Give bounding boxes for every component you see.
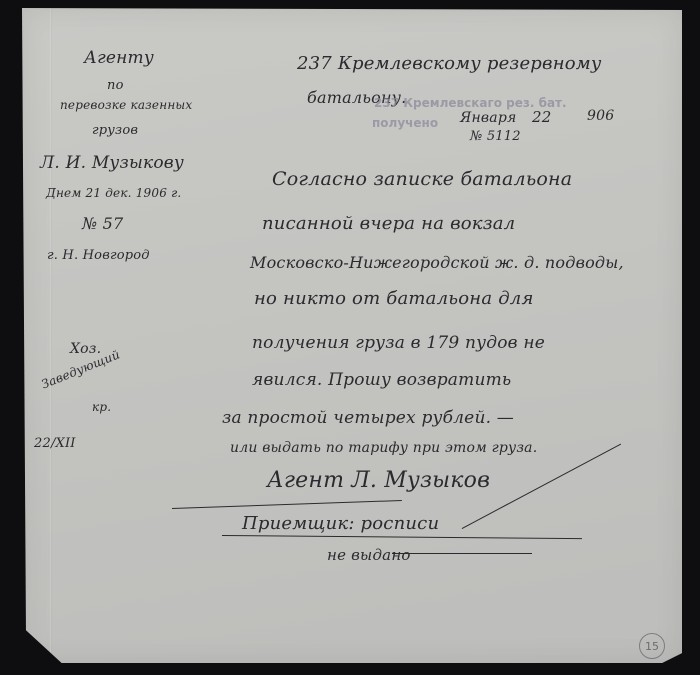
signature-flourish <box>172 500 402 509</box>
body-line-5: получения груза в 179 пудов не <box>252 333 545 353</box>
margin-name: Л. И. Музыкову <box>40 153 184 173</box>
body-line-2: писанной вчера на вокзал <box>262 213 515 234</box>
body-line-6: явился. Прошу возвратить <box>252 370 511 390</box>
margin-date: Днем 21 дек. 1906 г. <box>46 186 181 200</box>
addressee-line1: 237 Кремлевскому резервному <box>297 53 602 74</box>
body-line-8: или выдать по тарифу при этом груза. <box>230 440 537 456</box>
margin-line2: по <box>107 78 124 93</box>
signature-line3: не выдано <box>327 546 411 564</box>
stamp-day: 22 <box>532 108 552 126</box>
margin-number: № 57 <box>82 214 123 233</box>
receipt-stamp-line2: получено <box>372 116 438 130</box>
margin-line3: перевозке казенных <box>60 98 192 112</box>
signature-line1: Агент Л. Музыков <box>267 468 490 493</box>
annotation-line3: кр. <box>92 400 111 414</box>
signature-tail <box>392 553 532 554</box>
body-line-3: Московско-Нижегородской ж. д. подводы, <box>250 253 624 272</box>
signature-underline <box>222 535 582 539</box>
stamp-year: 906 <box>587 108 614 124</box>
margin-title: Агенту <box>84 48 154 68</box>
body-line-1: Согласно записке батальона <box>272 168 572 190</box>
body-line-7: за простой четырех рублей. — <box>222 408 514 428</box>
stamp-month: Января <box>460 110 516 126</box>
margin-line4: грузов <box>92 123 138 138</box>
annotation-date: 22/XII <box>34 436 76 451</box>
body-line-4: но никто от батальона для <box>254 288 534 309</box>
margin-place: г. Н. Новгород <box>47 248 150 263</box>
document-page: Агенту по перевозке казенных грузов Л. И… <box>22 8 682 663</box>
page-number-circle: 15 <box>639 633 665 659</box>
fold-line <box>50 8 52 663</box>
stamp-number: № 5112 <box>470 129 521 144</box>
signature-line2: Приемщик: росписи <box>242 513 439 534</box>
